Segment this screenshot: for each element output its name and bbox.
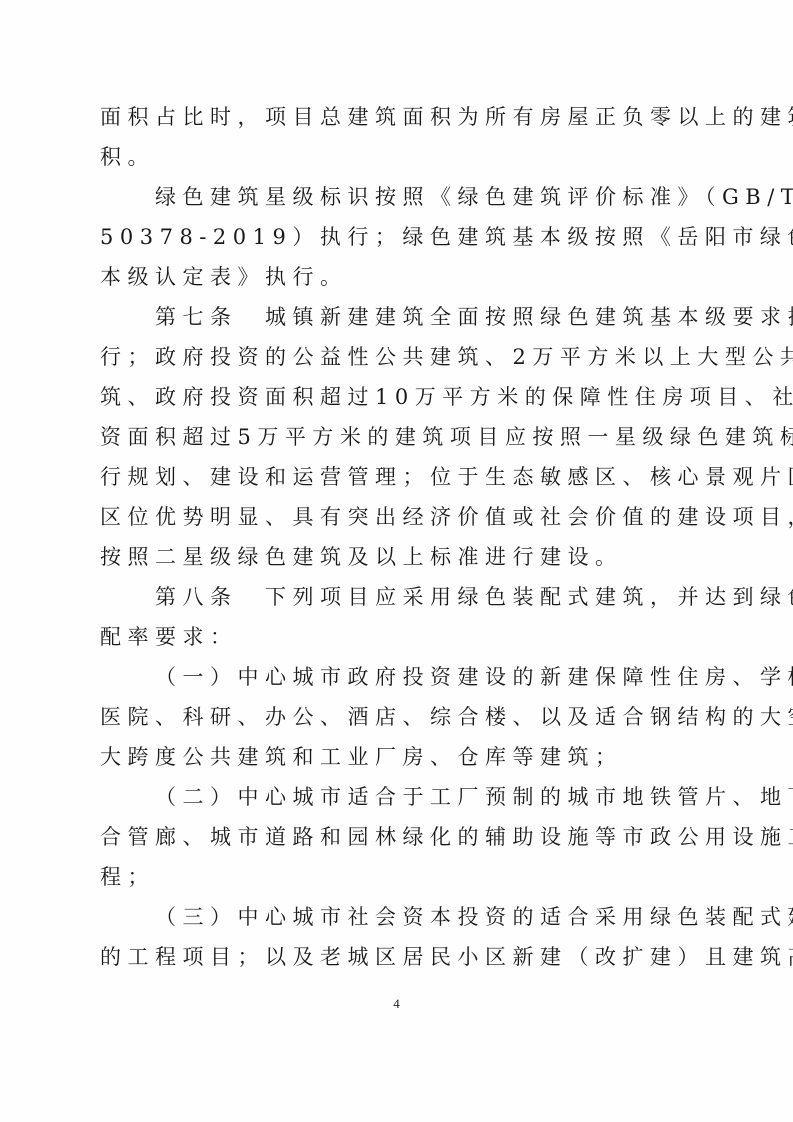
text-line: 区位优势明显、具有突出经济价值或社会价值的建设项目，应 <box>100 497 690 537</box>
text-line: 合管廊、城市道路和园林绿化的辅助设施等市政公用设施工 <box>100 817 690 857</box>
paragraph-start-line: 绿色建筑星级标识按照《绿色建筑评价标准》（GB/T <box>100 177 690 217</box>
list-item-3-line: （三）中心城市社会资本投资的适合采用绿色装配式建筑 <box>100 897 690 937</box>
text-line: 行；政府投资的公益性公共建筑、2万平方米以上大型公共建 <box>100 337 690 377</box>
text-line: 按照二星级绿色建筑及以上标准进行建设。 <box>100 537 690 577</box>
text-line: 行规划、建设和运营管理；位于生态敏感区、核心景观片区及 <box>100 457 690 497</box>
text-line: 本级认定表》执行。 <box>100 257 690 297</box>
document-page: 面积占比时，项目总建筑面积为所有房屋正负零以上的建筑面 积。 绿色建筑星级标识按… <box>0 0 793 1122</box>
page-number: 4 <box>0 996 793 1012</box>
article-7-heading-line: 第七条 城镇新建建筑全面按照绿色建筑基本级要求执 <box>100 297 690 337</box>
text-line: 面积占比时，项目总建筑面积为所有房屋正负零以上的建筑面 <box>100 97 690 137</box>
list-item-2-line: （二）中心城市适合于工厂预制的城市地铁管片、地下综 <box>100 777 690 817</box>
text-line: 大跨度公共建筑和工业厂房、仓库等建筑； <box>100 737 690 777</box>
article-8-heading-line: 第八条 下列项目应采用绿色装配式建筑，并达到绿色装 <box>100 577 690 617</box>
document-body: 面积占比时，项目总建筑面积为所有房屋正负零以上的建筑面 积。 绿色建筑星级标识按… <box>100 97 690 977</box>
text-line: 的工程项目；以及老城区居民小区新建（改扩建）且建筑高度 <box>100 937 690 977</box>
list-item-1-line: （一）中心城市政府投资建设的新建保障性住房、学校、 <box>100 657 690 697</box>
text-line: 医院、科研、办公、酒店、综合楼、以及适合钢结构的大空间 <box>100 697 690 737</box>
text-line: 50378-2019）执行；绿色建筑基本级按照《岳阳市绿色建筑基 <box>100 217 690 257</box>
text-line: 积。 <box>100 137 690 177</box>
text-line: 筑、政府投资面积超过10万平方米的保障性住房项目、社会投 <box>100 377 690 417</box>
text-line: 程； <box>100 857 690 897</box>
text-line: 资面积超过5万平方米的建筑项目应按照一星级绿色建筑标准进 <box>100 417 690 457</box>
text-line: 配率要求： <box>100 617 690 657</box>
